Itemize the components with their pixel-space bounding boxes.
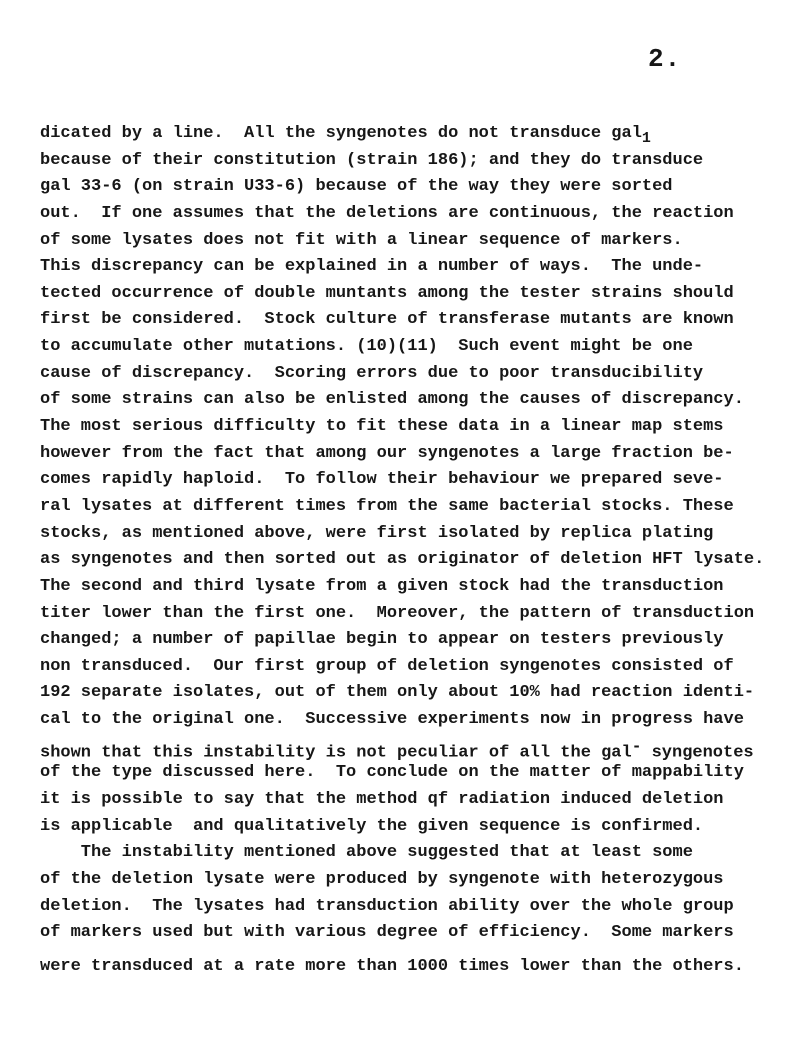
text-run: 192 separate isolates, out of them only … (40, 683, 754, 702)
text-run: of some lysates does not fit with a line… (40, 231, 683, 250)
text-line: cause of discrepancy. Scoring errors due… (40, 361, 780, 388)
text-line: as syngenotes and then sorted out as ori… (40, 547, 780, 574)
text-line: to accumulate other mutations. (10)(11) … (40, 334, 780, 361)
text-line: it is possible to say that the method qf… (40, 787, 780, 814)
text-run: of the type discussed here. To conclude … (40, 763, 744, 782)
text-line: titer lower than the first one. Moreover… (40, 601, 780, 628)
text-run: it is possible to say that the method qf… (40, 790, 724, 809)
text-line: of markers used but with various degree … (40, 920, 780, 947)
superscript-text: - (632, 738, 642, 756)
text-run: first be considered. Stock culture of tr… (40, 310, 734, 329)
text-run: This discrepancy can be explained in a n… (40, 257, 703, 276)
page-number: 2. (648, 44, 681, 74)
document-body: dicated by a line. All the syngenotes do… (40, 121, 780, 981)
text-run: The instability mentioned above suggeste… (40, 843, 693, 862)
text-line: stocks, as mentioned above, were first i… (40, 521, 780, 548)
text-line: 192 separate isolates, out of them only … (40, 680, 780, 707)
text-run: because of their constitution (strain 18… (40, 151, 703, 170)
text-line: first be considered. Stock culture of tr… (40, 307, 780, 334)
text-run: however from the fact that among our syn… (40, 444, 734, 463)
text-line: of the type discussed here. To conclude … (40, 760, 780, 787)
text-run: non transduced. Our first group of delet… (40, 657, 734, 676)
text-run: dicated by a line. All the syngenotes do… (40, 124, 642, 143)
text-run: is applicable and qualitatively the give… (40, 817, 703, 836)
text-run: deletion. The lysates had transduction a… (40, 897, 734, 916)
text-line: The instability mentioned above suggeste… (40, 840, 780, 867)
subscript-text: 1 (642, 131, 651, 147)
text-run: cause of discrepancy. Scoring errors due… (40, 364, 703, 383)
text-line: The most serious difficulty to fit these… (40, 414, 780, 441)
text-run: cal to the original one. Successive expe… (40, 710, 744, 729)
text-run: gal 33-6 (on strain U33-6) because of th… (40, 177, 673, 196)
text-line: deletion. The lysates had transduction a… (40, 894, 780, 921)
text-line: tected occurrence of double muntants amo… (40, 281, 780, 308)
text-line: ral lysates at different times from the … (40, 494, 780, 521)
text-run: of some strains can also be enlisted amo… (40, 390, 744, 409)
text-line: of some lysates does not fit with a line… (40, 228, 780, 255)
text-line: of some strains can also be enlisted amo… (40, 387, 780, 414)
text-line: were transduced at a rate more than 1000… (40, 954, 780, 981)
text-line: non transduced. Our first group of delet… (40, 654, 780, 681)
text-line: because of their constitution (strain 18… (40, 148, 780, 175)
text-line: however from the fact that among our syn… (40, 441, 780, 468)
text-run: titer lower than the first one. Moreover… (40, 604, 754, 623)
text-run: to accumulate other mutations. (10)(11) … (40, 337, 693, 356)
text-run: comes rapidly haploid. To follow their b… (40, 470, 724, 489)
text-run: The second and third lysate from a given… (40, 577, 724, 596)
text-run: out. If one assumes that the deletions a… (40, 204, 734, 223)
text-run: The most serious difficulty to fit these… (40, 417, 724, 436)
text-line: out. If one assumes that the deletions a… (40, 201, 780, 228)
text-line: This discrepancy can be explained in a n… (40, 254, 780, 281)
text-line: shown that this instability is not pecul… (40, 734, 780, 761)
text-run: of markers used but with various degree … (40, 923, 734, 942)
text-run: of the deletion lysate were produced by … (40, 870, 724, 889)
text-run: as syngenotes and then sorted out as ori… (40, 550, 764, 569)
text-line: dicated by a line. All the syngenotes do… (40, 121, 780, 148)
text-run: stocks, as mentioned above, were first i… (40, 524, 713, 543)
text-line: is applicable and qualitatively the give… (40, 814, 780, 841)
text-run: changed; a number of papillae begin to a… (40, 630, 724, 649)
text-line: gal 33-6 (on strain U33-6) because of th… (40, 174, 780, 201)
text-line: The second and third lysate from a given… (40, 574, 780, 601)
text-run: tected occurrence of double muntants amo… (40, 284, 734, 303)
text-run: ral lysates at different times from the … (40, 497, 734, 516)
text-line: cal to the original one. Successive expe… (40, 707, 780, 734)
text-line: changed; a number of papillae begin to a… (40, 627, 780, 654)
text-run: were transduced at a rate more than 1000… (40, 957, 744, 976)
text-line: of the deletion lysate were produced by … (40, 867, 780, 894)
text-line: comes rapidly haploid. To follow their b… (40, 467, 780, 494)
